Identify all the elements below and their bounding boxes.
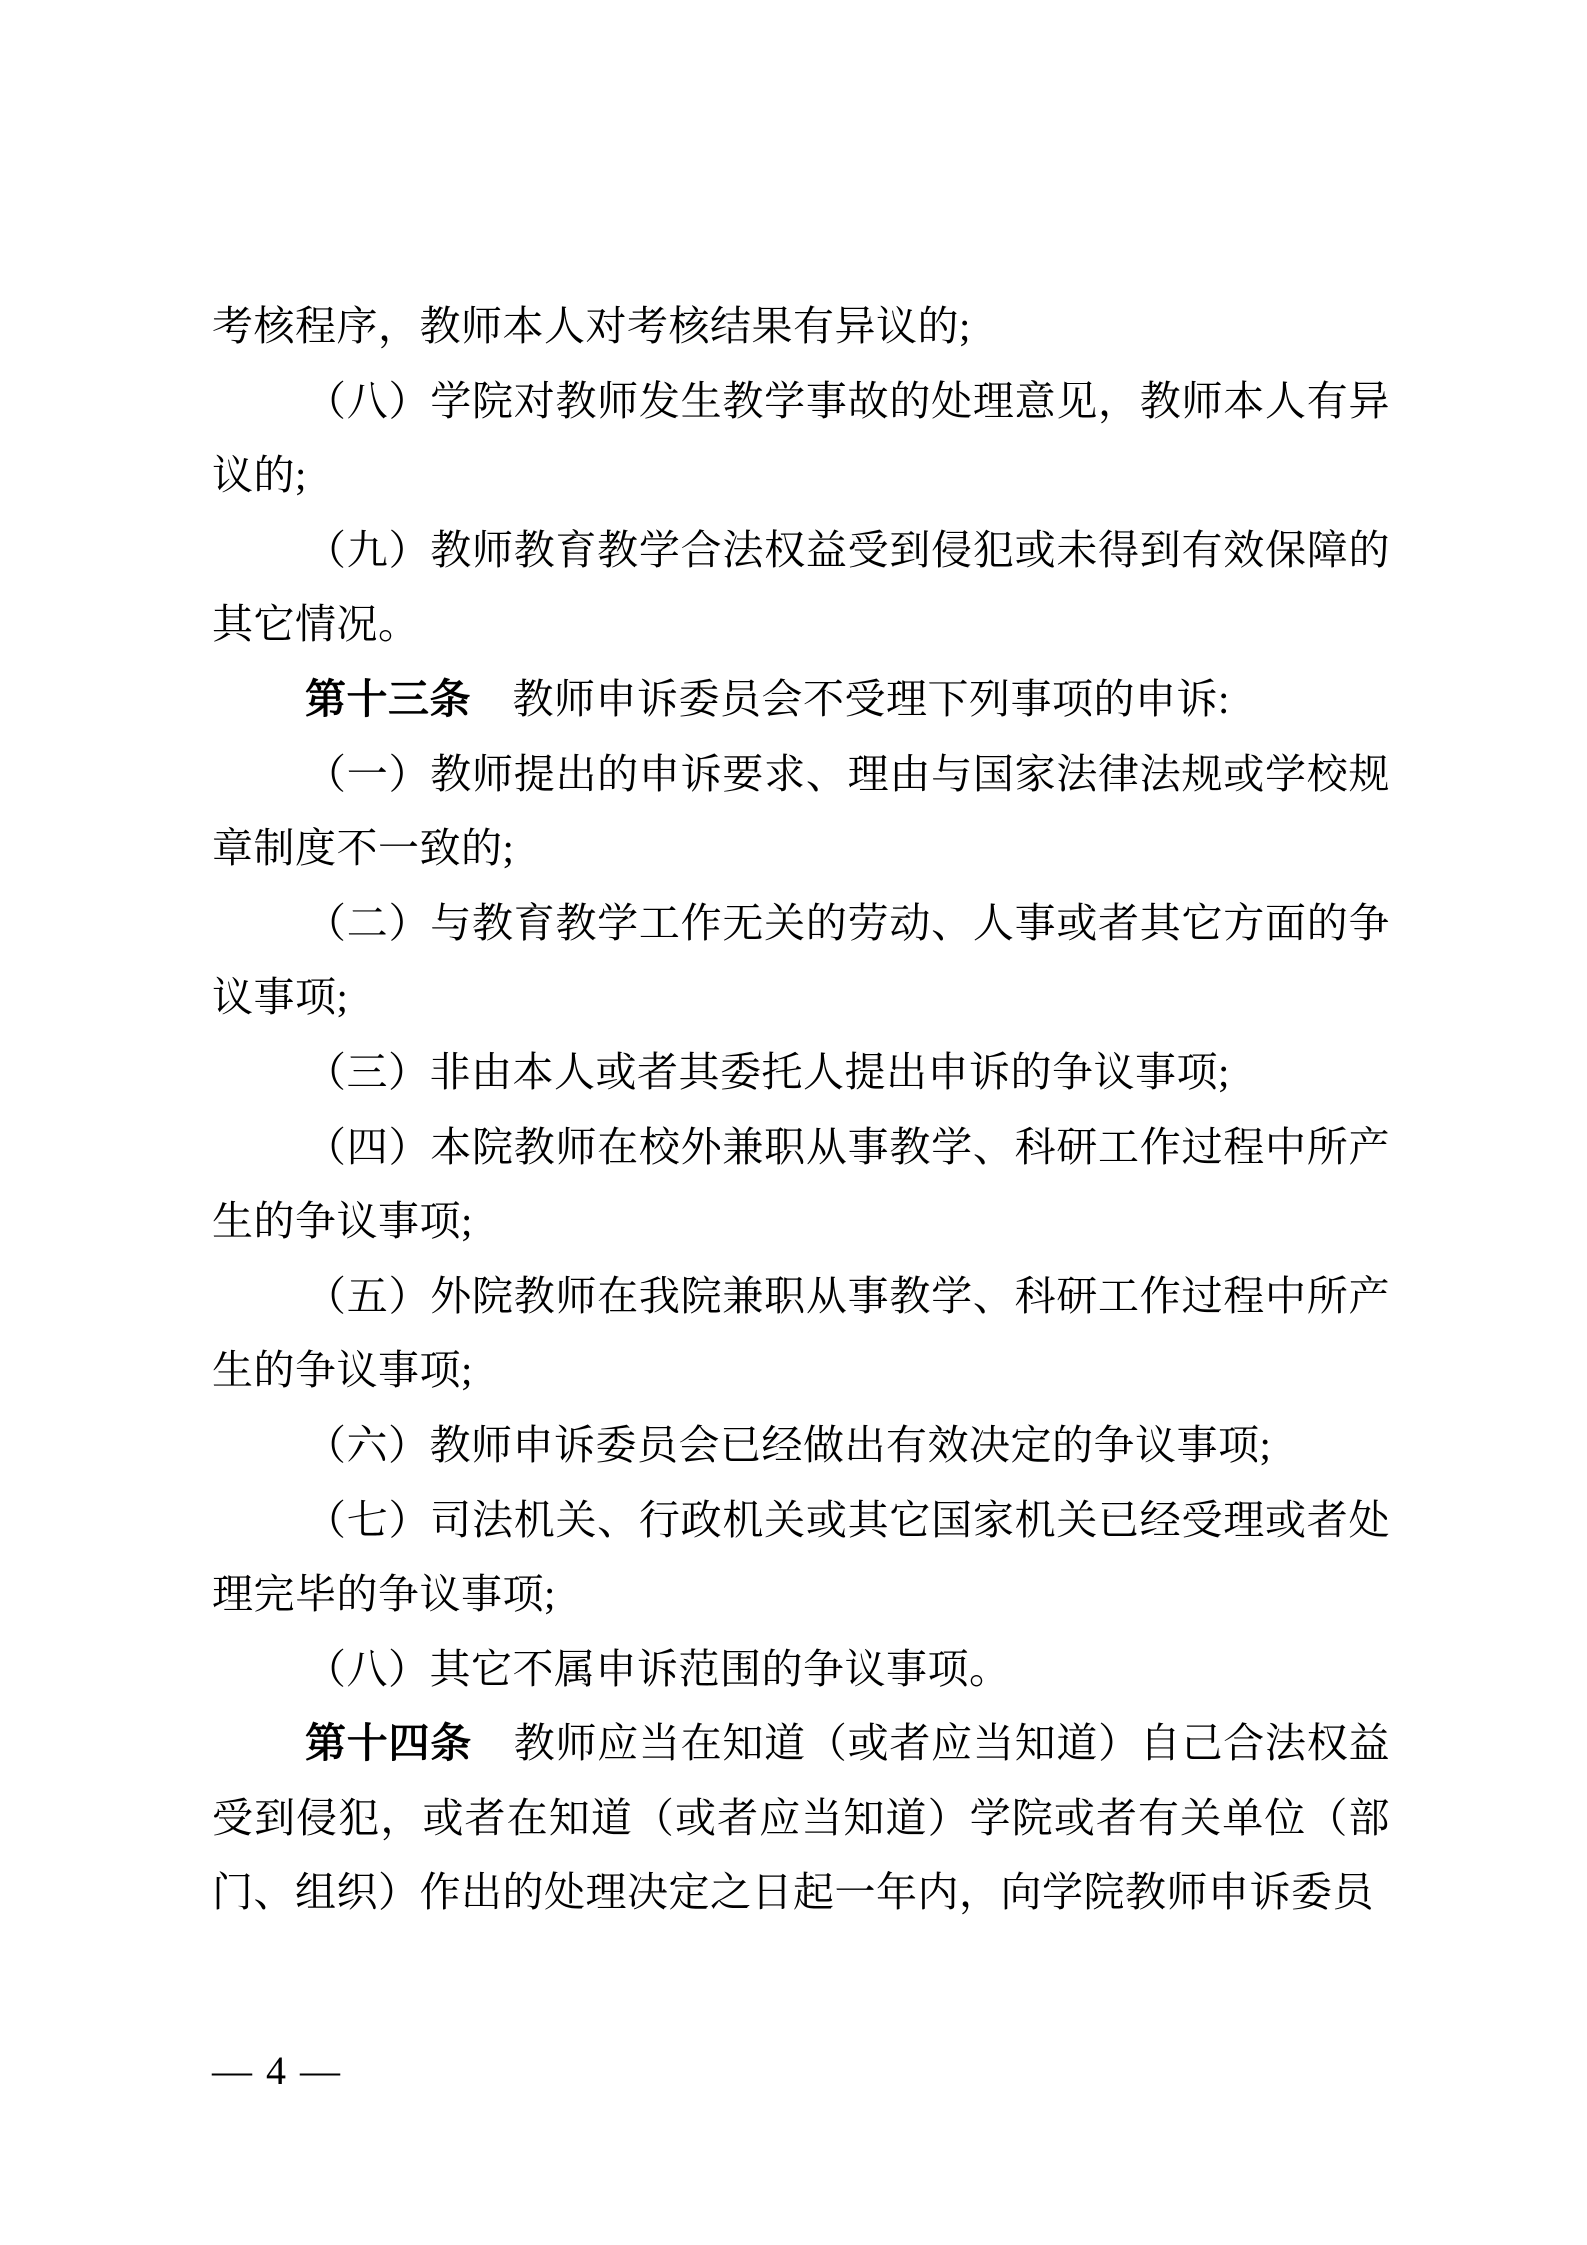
paragraph-text: （五）外院教师在我院兼职从事教学、科研工作过程中所产生的争议事项; (212, 1273, 1390, 1394)
document-page: 考核程序，教师本人对考核结果有异议的; （八）学院对教师发生教学事故的处理意见，… (0, 0, 1587, 2245)
paragraph-text: （六）教师申诉委员会已经做出有效决定的争议事项; (305, 1422, 1271, 1468)
paragraph-text: （三）非由本人或者其委托人提出申诉的争议事项; (305, 1049, 1230, 1095)
paragraph-text: （八）学院对教师发生教学事故的处理意见，教师本人有异议的; (212, 378, 1390, 499)
paragraph: （一）教师提出的申诉要求、理由与国家法律法规或学校规章制度不一致的; (212, 737, 1390, 886)
paragraph: （八）学院对教师发生教学事故的处理意见，教师本人有异议的; (212, 364, 1390, 513)
paragraph: （七）司法机关、行政机关或其它国家机关已经受理或者处理完毕的争议事项; (212, 1483, 1390, 1632)
paragraph: （九）教师教育教学合法权益受到侵犯或未得到有效保障的其它情况。 (212, 513, 1390, 662)
article-number: 第十三条 (305, 676, 471, 722)
article-number: 第十四条 (305, 1720, 472, 1766)
paragraph: （六）教师申诉委员会已经做出有效决定的争议事项; (212, 1408, 1390, 1483)
paragraph-text: （二）与教育教学工作无关的劳动、人事或者其它方面的争议事项; (212, 900, 1390, 1021)
paragraph: （八）其它不属申诉范围的争议事项。 (212, 1632, 1390, 1707)
paragraph: （二）与教育教学工作无关的劳动、人事或者其它方面的争议事项; (212, 886, 1390, 1035)
paragraph: （三）非由本人或者其委托人提出申诉的争议事项; (212, 1035, 1390, 1110)
paragraph-text: （七）司法机关、行政机关或其它国家机关已经受理或者处理完毕的争议事项; (212, 1497, 1390, 1618)
paragraph-text: （一）教师提出的申诉要求、理由与国家法律法规或学校规章制度不一致的; (212, 751, 1390, 872)
paragraph: （五）外院教师在我院兼职从事教学、科研工作过程中所产生的争议事项; (212, 1259, 1390, 1408)
paragraph-text: （八）其它不属申诉范围的争议事项。 (305, 1646, 1011, 1692)
document-text-block: 考核程序，教师本人对考核结果有异议的; （八）学院对教师发生教学事故的处理意见，… (212, 289, 1390, 1930)
paragraph-text: （四）本院教师在校外兼职从事教学、科研工作过程中所产生的争议事项; (212, 1124, 1390, 1245)
paragraph: 第十四条 教师应当在知道（或者应当知道）自己合法权益受到侵犯，或者在知道（或者应… (212, 1706, 1390, 1930)
paragraph: （四）本院教师在校外兼职从事教学、科研工作过程中所产生的争议事项; (212, 1110, 1390, 1259)
page-number: — 4 — (212, 2046, 342, 2096)
paragraph-text: （九）教师教育教学合法权益受到侵犯或未得到有效保障的其它情况。 (212, 527, 1390, 648)
paragraph-text: 考核程序，教师本人对考核结果有异议的; (212, 303, 971, 349)
paragraph: 第十三条 教师申诉委员会不受理下列事项的申诉: (212, 662, 1390, 737)
paragraph: 考核程序，教师本人对考核结果有异议的; (212, 289, 1390, 364)
paragraph-text: 教师申诉委员会不受理下列事项的申诉: (471, 676, 1230, 722)
